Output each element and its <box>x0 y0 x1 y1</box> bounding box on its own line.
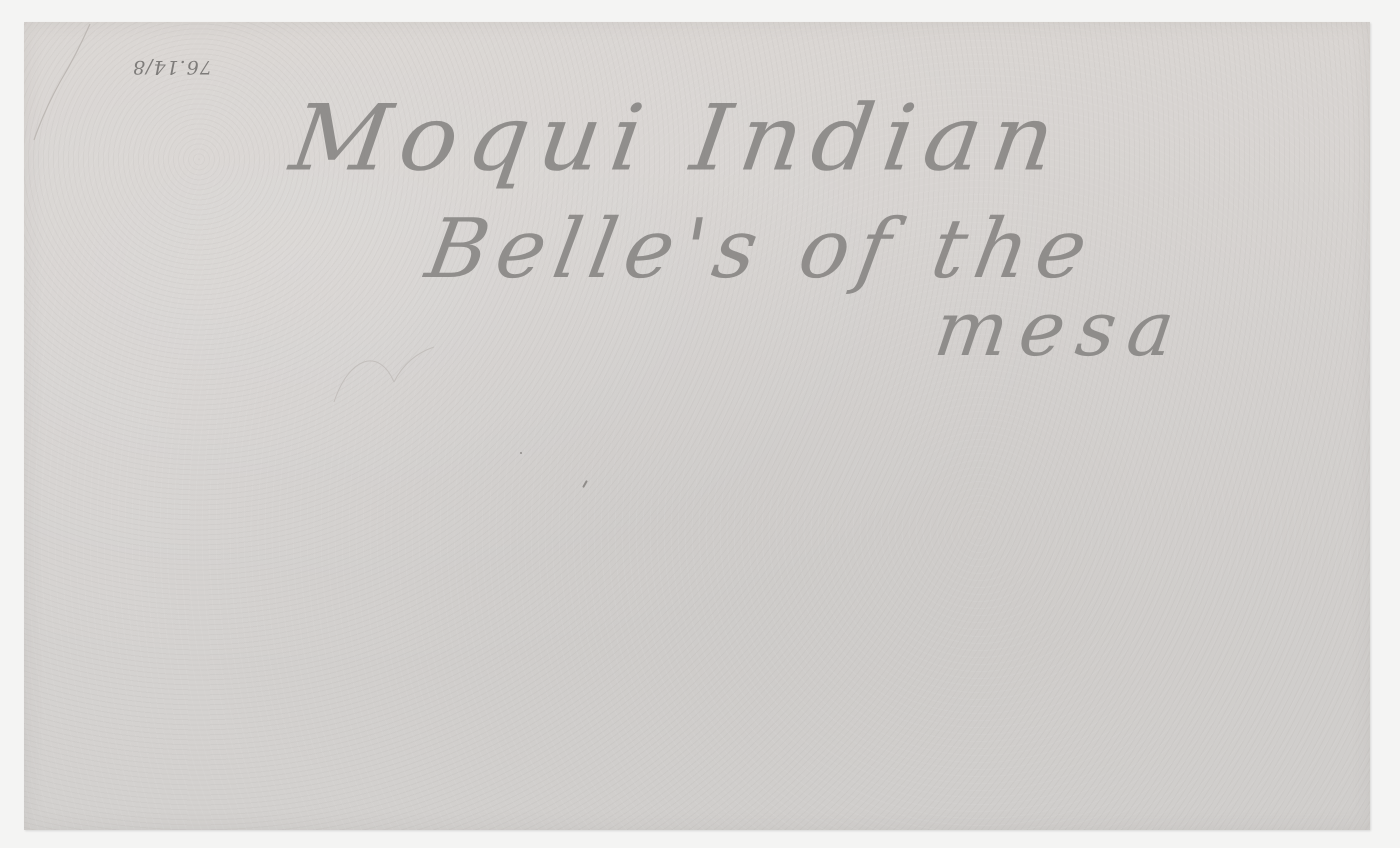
inscription-line-2: Belle's of the <box>420 202 1103 297</box>
accession-number: 76.14/8 <box>132 56 212 78</box>
inscription-line-3: mesa <box>930 284 1192 373</box>
photo-card-verso: 76.14/8 Moqui Indian Belle's of the mesa <box>24 22 1370 830</box>
page-background: 76.14/8 Moqui Indian Belle's of the mesa <box>0 0 1400 848</box>
pencil-speck <box>520 452 522 454</box>
inscription-line-1: Moqui Indian <box>285 85 1072 191</box>
pencil-speck <box>582 480 588 488</box>
corner-crease <box>32 22 102 142</box>
faint-pencil-mark <box>324 342 444 422</box>
